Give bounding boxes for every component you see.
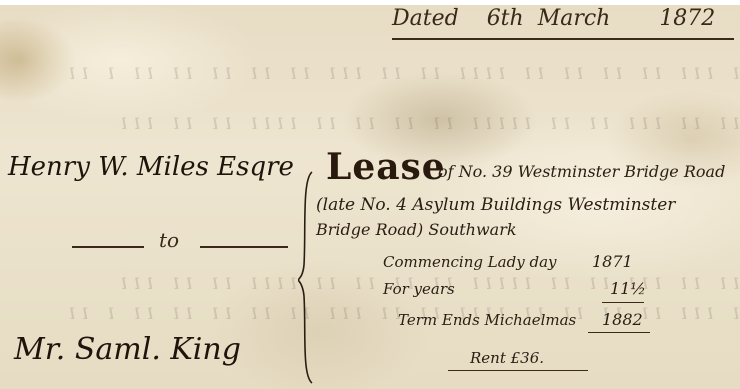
connector-rule-left xyxy=(72,246,144,248)
property-line-3: Bridge Road) Southwark xyxy=(316,220,517,239)
date-underline xyxy=(392,38,734,40)
rent-label: Rent £36. xyxy=(470,349,544,367)
term-ends-value: 1882 xyxy=(602,310,643,329)
bleed-through-text: ı ııı ıı ıı ıı ıı ıııı ıı ıı ııı ıı ıı ı… xyxy=(0,60,740,85)
term-ends-underline xyxy=(588,332,650,333)
connector-word: to xyxy=(159,228,179,252)
lease-title: Lease xyxy=(326,146,446,188)
connector-rule-right xyxy=(200,246,288,248)
lessee-name: Mr. Saml. King xyxy=(14,332,241,367)
date-heading: Dated 6th March 1872 xyxy=(392,6,715,31)
rent-underline xyxy=(448,370,588,371)
dated-label: Dated xyxy=(392,6,459,31)
property-line-2: (late No. 4 Asylum Buildings Westminster xyxy=(316,195,675,215)
property-line-1: of No. 39 Westminster Bridge Road xyxy=(438,162,725,181)
for-years-label: For years xyxy=(383,280,455,298)
for-years-underline xyxy=(602,302,644,303)
dated-day: 6th xyxy=(487,6,524,31)
commencing-label: Commencing Lady day xyxy=(383,253,557,271)
lessor-name: Henry W. Miles Esqre xyxy=(8,152,294,182)
curly-brace-icon xyxy=(298,170,318,385)
term-ends-label: Term Ends Michaelmas xyxy=(398,311,576,329)
dated-month: March xyxy=(538,6,611,31)
scan-edge xyxy=(0,0,740,5)
for-years-value: 11½ xyxy=(610,279,646,298)
dated-year: 1872 xyxy=(659,6,715,31)
connector-row: to xyxy=(72,234,292,258)
commencing-value: 1871 xyxy=(592,252,633,271)
lease-document: ı ııı ıı ıı ıı ıı ıııı ıı ıı ııı ıı ıı ı… xyxy=(0,0,740,389)
bleed-through-text: ıı ıı ııı ıı ıı ııııı ıı ıı ıı ıı ıııı ı… xyxy=(0,110,740,135)
